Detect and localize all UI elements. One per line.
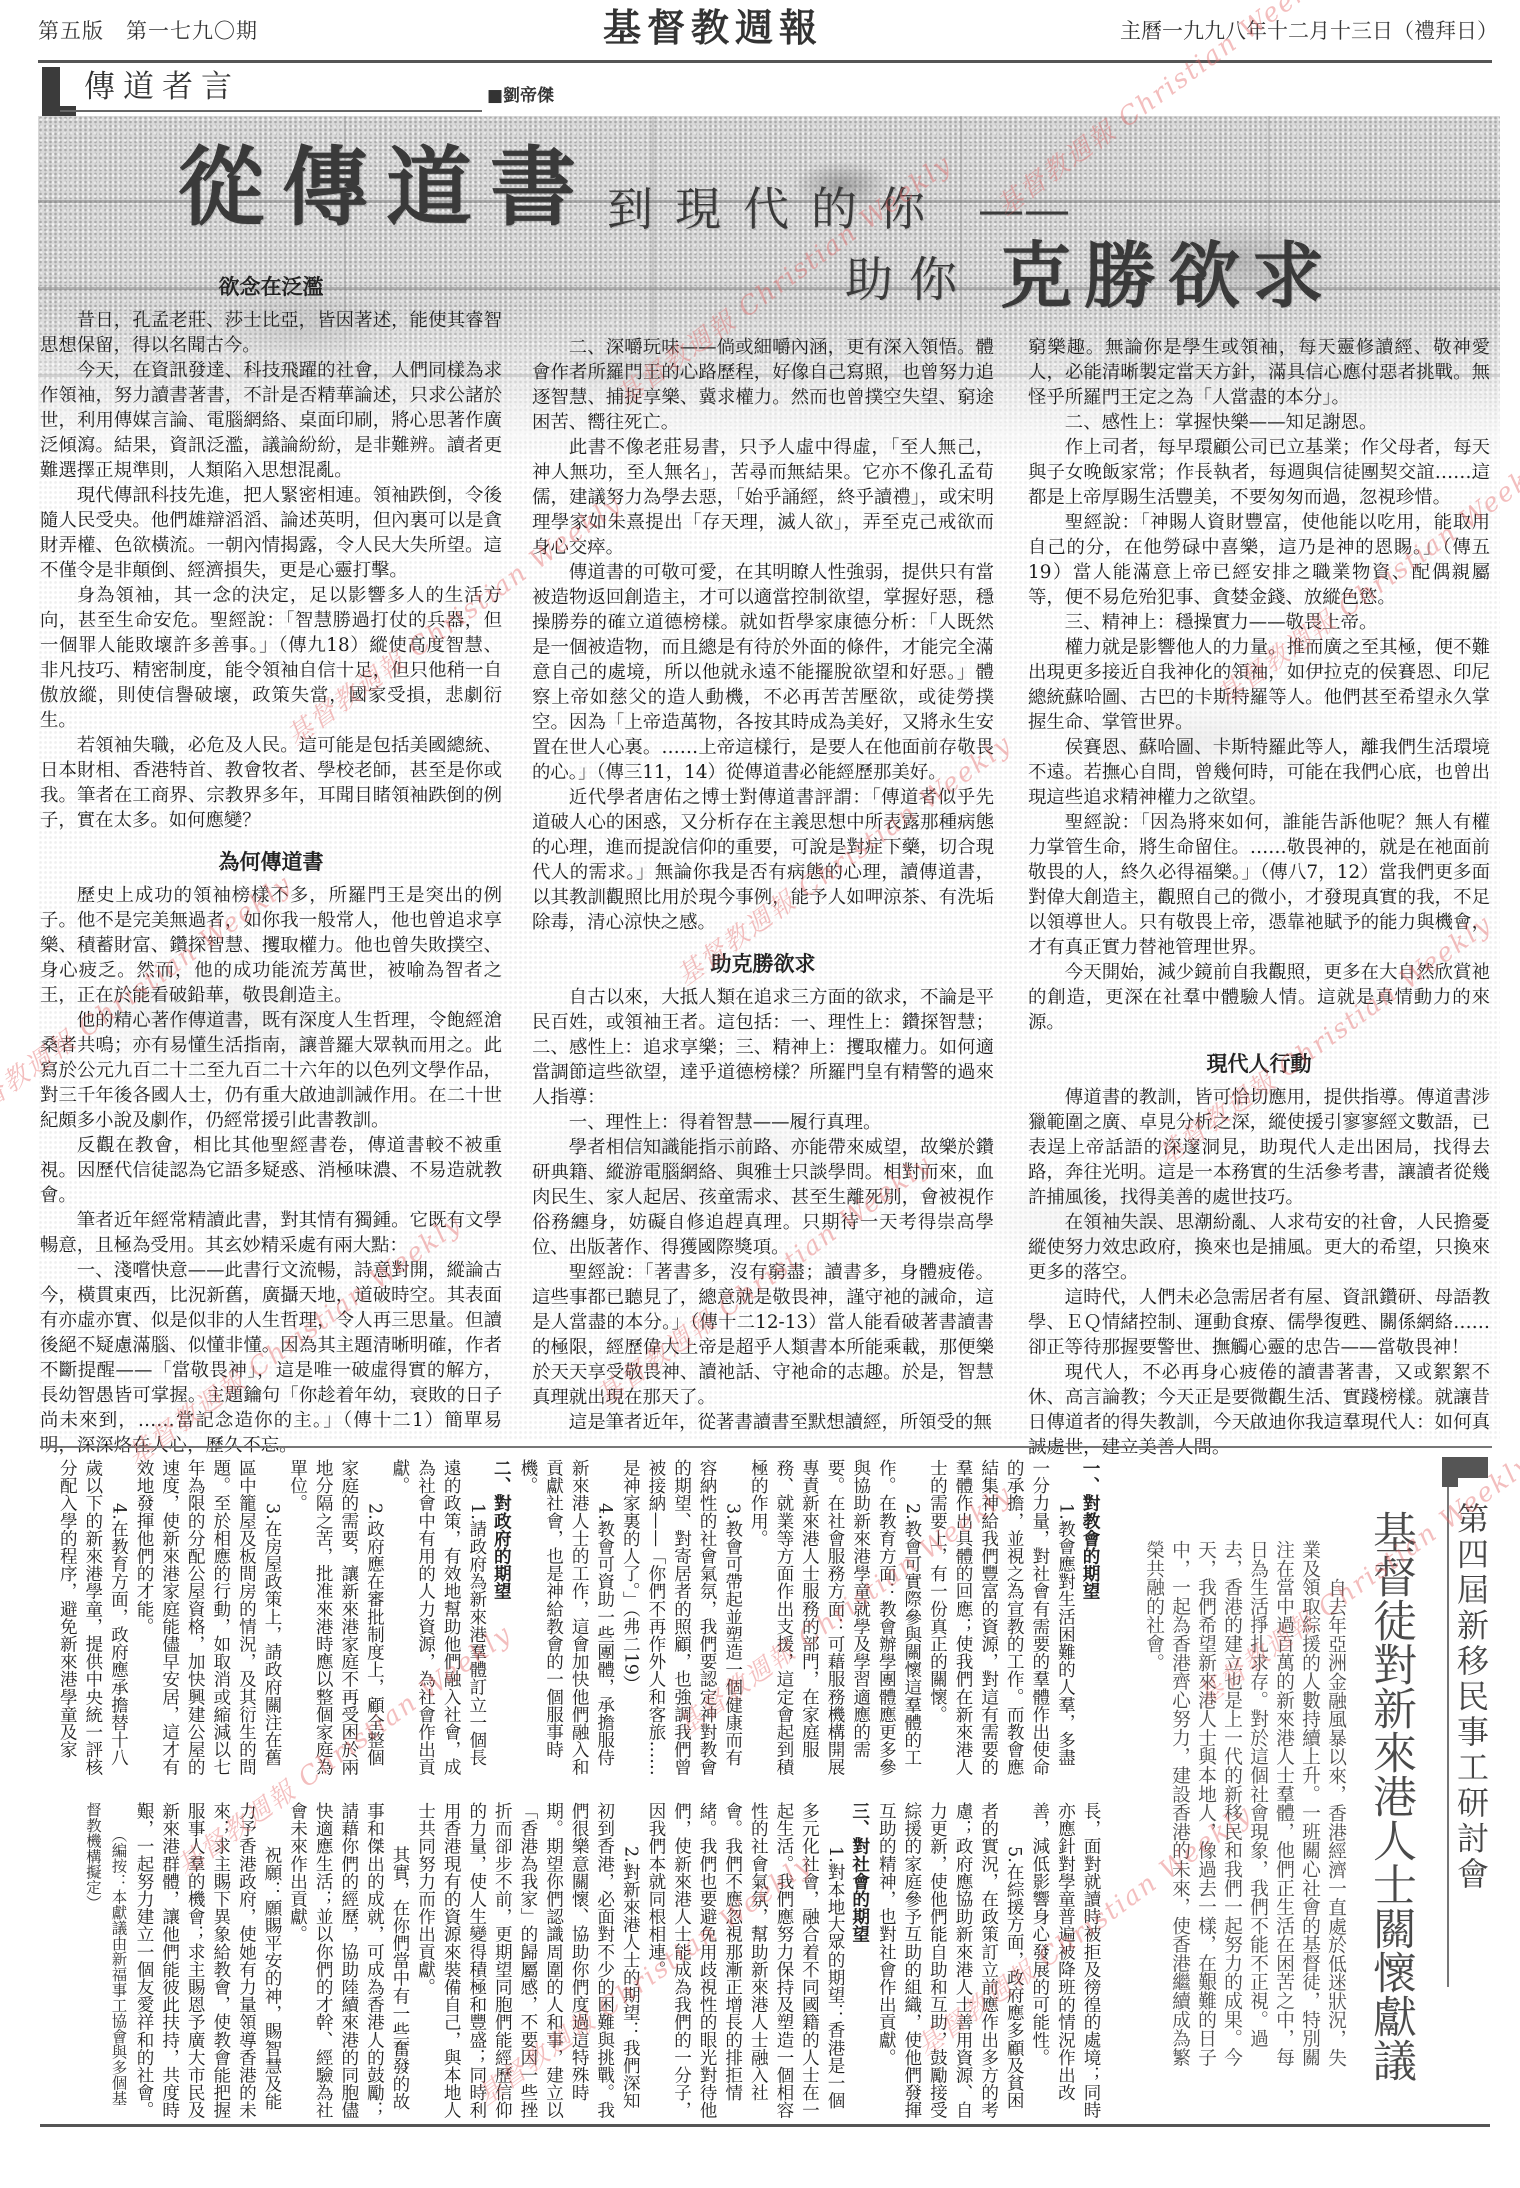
paragraph: 現代傳訊科技先進，把人緊密相連。領袖跌倒，令後隨人民受央。他們雄辯滔滔、論述英明… <box>40 483 502 583</box>
paragraph: 傳道書的可敬可愛，在其明瞭人性強弱，提供只有當被造物返回創造主，才可以適當控制欲… <box>532 560 994 785</box>
list-item: 3.在房屋政策上，請政府關注在舊區中籠屋及板間房的情況，及其衍生的問題。至於相應… <box>130 1459 284 1776</box>
paragraph: 若領袖失職，必危及人民。這可能是包括美國總統、日本財相、香港特首、教會牧者、學校… <box>40 733 502 833</box>
paragraph: 筆者近年經常精讀此書，對其情有獨鍾。它既有文學暢意，且極為受用。其玄妙精采處有兩… <box>40 1208 502 1258</box>
paragraph: 聖經說：「著書多，沒有窮盡；讀書多，身體疲倦。這些事都已聽見了，總意就是敬畏神，… <box>532 1260 994 1410</box>
page-bottom-rule <box>40 2124 1490 2127</box>
section-heading: 二、對政府的期望 <box>489 1459 515 1776</box>
section-heading: 一、對教會的期望 <box>1077 1459 1103 1776</box>
paragraph: 今天開始，減少鏡前自我觀照，更多在大自然欣賞祂的創造，更深在社羣中體驗人情。這就… <box>1028 960 1490 1035</box>
paragraph: 傳道書的教訓，皆可恰切應用，提供指導。傳道書涉獵範圍之廣、卓見分析之深，縱使援引… <box>1028 1085 1490 1210</box>
title-dash: —— <box>978 184 1070 234</box>
paragraph: 其實，在你們當中有一些奮發的故事和傑出的成就，可成為香港人的鼓勵；請藉你們的經歷… <box>284 1802 412 2119</box>
paragraph: 二、深嚼玩味——倘或細嚼內涵，更有深入領悟。體會作者所羅門王的心路歷程，好像自己… <box>532 335 994 435</box>
publication-date: 主曆一九九八年十二月十三日（禮拜日） <box>1120 18 1498 44</box>
subheading: 欲念在泛濫 <box>40 262 502 308</box>
section-divider <box>40 1446 1492 1448</box>
newspaper-masthead: 基督教週報 <box>598 4 828 52</box>
paragraph: 這時代，人們未必急需居者有屋、資訊鑽研、母語教學、ＥＱ情緒控制、運動食療、儒學復… <box>1028 1285 1490 1360</box>
section-underline <box>60 110 482 112</box>
article-column-3: 窮樂趣。無論你是學生或領袖，每天靈修讀經、敬神愛人，必能清晰製定當天方針，滿具信… <box>1028 335 1490 1460</box>
article-column-2: 二、深嚼玩味——倘或細嚼內涵，更有深入領悟。體會作者所羅門王的心路歷程，好像自己… <box>532 335 994 1435</box>
header-divider <box>38 60 1492 63</box>
paragraph: 作上司者，每早環顧公司已立基業；作父母者，每天與子女晚飯家常；作長執者，每週與信… <box>1028 435 1490 510</box>
paragraph: 在領袖失誤、思潮紛亂、人求苟安的社會，人民擔憂縱使努力效忠政府，換來也是捕風。更… <box>1028 1210 1490 1285</box>
paragraph: 聖經說：「神賜人資財豐富，使他能以吃用，能取用自己的分，在他勞碌中喜樂，這乃是神… <box>1028 510 1490 610</box>
title-part-to-modern-you: 到現代的你 <box>607 184 947 234</box>
paragraph-continued: 窮樂趣。無論你是學生或領袖，每天靈修讀經、敬神愛人，必能清晰製定當天方針，滿具信… <box>1028 335 1490 410</box>
paragraph: 此書不像老莊易書，只予人虛中得虛，「至人無己，神人無功，至人無名」，苦尋而無結果… <box>532 435 994 560</box>
edition-issue-number: 第五版 第一七九〇期 <box>38 18 258 44</box>
subheading: 現代人行動 <box>1028 1035 1490 1085</box>
subheading: 為何傳道書 <box>40 833 502 883</box>
paragraph: 聖經說：「因為將來如何，誰能告訴他呢？無人有權力掌管生命，將生命留住。……敬畏神… <box>1028 810 1490 960</box>
list-item: 2.政府應在審批制度上，顧全整個家庭的需要，讓新來港家庭不再受困於兩地分隔之苦，… <box>284 1459 386 1776</box>
list-item: 1.對本地大眾的期望：香港是一個多元化社會，融合着不同國籍的人士在一起生活。我們… <box>642 1802 847 2119</box>
list-item: 4.教會可資助一些團體，承擔服侍新來港人士的工作，這會加快他們融入和貢獻社會，也… <box>514 1459 616 1776</box>
paragraph: 近代學者唐佑之博士對傳道書評謂：「傳道者似乎先道破人心的困惑，又分析存在主義思想… <box>532 785 994 935</box>
paragraph: 學者相信知識能指示前路、亦能帶來威望，故樂於鑽研典籍、縱游電腦網絡、與雅士只談學… <box>532 1135 994 1260</box>
blessing-paragraph: 祝願：願賜平安的神，賜智慧及能力予香港政府，使她有力量領導香港的未來；求主賜下異… <box>130 1802 284 2119</box>
title-part-overcome-desires: 克勝欲求 <box>1000 236 1336 316</box>
list-item: 4.在教育方面，政府應承擔替十八歲以下的新來港學童，提供中央統一評核分配入學的程… <box>54 1459 131 1776</box>
editor-note: （編按：本獻議由新福事工協會與多個基督教機構擬定） <box>79 1802 130 2119</box>
list-item-continued: 長，面對就讀時被拒及徬徨的處境；同時亦應針對學童普遍被降班的情況作出改善，減低影… <box>1026 1802 1103 2119</box>
paragraph: 三、精神上：穩操實力——敬畏上帝。 <box>1028 610 1490 635</box>
feature-intro: 自去年亞洲金融風暴以來，香港經濟一直處於低迷狀況，失業及領取綜援的人數持續上升。… <box>1140 1540 1348 2067</box>
paragraph: 現代人，不必再身心疲倦的讀書著書，又或絮絮不休、高言論教；今天正是要微觀生活、實… <box>1028 1360 1490 1460</box>
paragraph: 這是筆者近年，從著書讀書至默想讀經，所領受的無 <box>532 1410 994 1435</box>
paragraph: 自古以來，大抵人類在追求三方面的欲求，不論是平民百姓，或領袖王者。這包括：一、理… <box>532 985 994 1110</box>
series-vertical-rule <box>1447 1487 1449 1987</box>
paragraph: 今天，在資訊發達、科技飛躍的社會，人們同樣為求作領袖，努力讀書著書，不計是否精華… <box>40 358 502 483</box>
list-item: 5.在綜援方面，政府應多顧及貧困者的實況，在政策訂立前應作出多方的考慮；政府應協… <box>873 1802 1027 2119</box>
paragraph: 身為領袖，其一念的決定，足以影響多人的生活方向，甚至生命安危。聖經說：「智慧勝過… <box>40 583 502 733</box>
title-part-main: 從傳道書 <box>178 140 594 236</box>
title-part-help-you: 助你 <box>845 254 973 306</box>
feature-body-lower-tier: 長，面對就讀時被拒及徬徨的處境；同時亦應針對學童普遍被降班的情況作出改善，減低影… <box>79 1802 1103 2119</box>
paragraph: 歷史上成功的領袖榜樣不多，所羅門王是突出的例子。他不是完美無過者，如你我一般常人… <box>40 883 502 1008</box>
paragraph: 反觀在教會，相比其他聖經書卷，傳道書較不被重視。因歷代信徒認為它語多疑惑、消極味… <box>40 1133 502 1208</box>
article-column-1: 欲念在泛濫 昔日，孔孟老莊、莎士比亞，皆因著述，能使其睿智思想保留，得以名聞古今… <box>40 262 502 1458</box>
paragraph: 權力就是影響他人的力量。推而廣之至其極，便不難出現更多接近自我神化的領袖，如伊拉… <box>1028 635 1490 735</box>
feature-body-upper-tier: 一、對教會的期望 1.教會應對生活困難的人羣，多盡一分力量，對社會有需要的羣體作… <box>54 1459 1103 1776</box>
list-item: 2.對新來港人士的期望：我們深知初到香港，必面對不少的困難與挑戰。我們很樂意關懷… <box>412 1802 642 2119</box>
paragraph: 他的精心著作傳道書，既有深度人生哲理，令飽經滄桑者共鳴；亦有易懂生活指南，讓普羅… <box>40 1008 502 1133</box>
series-bracket-icon <box>1442 1457 1488 1478</box>
subheading: 助克勝欲求 <box>532 935 994 985</box>
list-item: 1.教會應對生活困難的人羣，多盡一分力量，對社會有需要的羣體作出使命的承擔，並視… <box>924 1459 1078 1776</box>
paragraph: 侯賽恩、蘇哈圖、卡斯特羅此等人，離我們生活環境不遠。若撫心自問，曾幾何時，可能在… <box>1028 735 1490 810</box>
series-label: 第四屆新移民事工研討會 <box>1452 1502 1490 1893</box>
paragraph: 一、理性上：得着智慧——履行真理。 <box>532 1110 994 1135</box>
feature-title: 基督徒對新來港人士關懷獻議 <box>1366 1510 1414 2082</box>
section-heading: 三、對社會的期望 <box>847 1802 873 2119</box>
series-bracket-leg <box>1442 1477 1458 1487</box>
paragraph: 二、感性上：掌握快樂——知足謝恩。 <box>1028 410 1490 435</box>
paragraph: 一、淺嚐快意——此書行文流暢，詩意對開，縱論古今，橫貫東西，比況新舊，廣攝天地，… <box>40 1258 502 1458</box>
author-byline: ■劉帝傑 <box>487 86 554 106</box>
list-item: 3.教會可帶起並塑造一個健康而有容納性的社會氣氛，我們要認定神對教會的期望、對寄… <box>617 1459 745 1776</box>
column-name: 傳道者言 <box>84 68 240 106</box>
paragraph: 昔日，孔孟老莊、莎士比亞，皆因著述，能使其睿智思想保留，得以名聞古今。 <box>40 308 502 358</box>
list-item: 1.請政府為新來港羣體訂立一個長遠的政策，有效地幫助他們融入社會，成為社會中有用… <box>386 1459 488 1776</box>
list-item: 2.教會可實際參與關懷這羣體的工作。在教育方面：教會辦學團體應更多參與協助新來港… <box>745 1459 924 1776</box>
